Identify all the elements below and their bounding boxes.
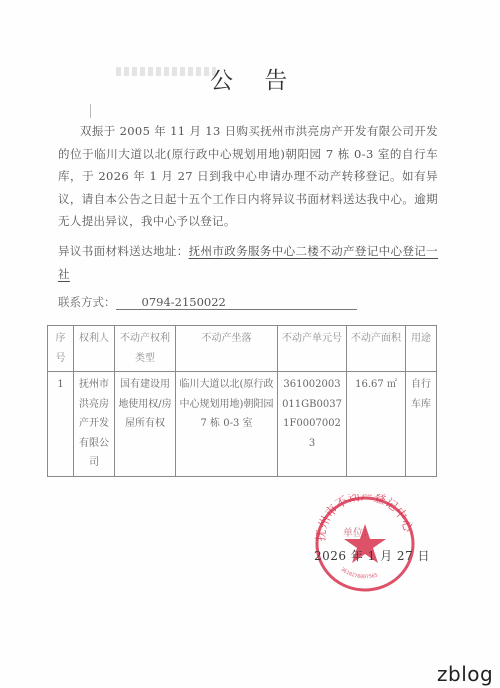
- header-right-type: 不动产权利类型: [115, 326, 176, 372]
- cell-usage: 自行车库: [406, 372, 437, 477]
- official-seal-icon: 抚州市不动产登记中心 3610270007565 单位：: [313, 494, 417, 594]
- notice-page: 公 告 双振于 2005 年 11 月 13 日购买抚州市洪亮房产开发有限公司开…: [0, 0, 500, 688]
- header-index: 序号: [48, 326, 74, 372]
- header-usage: 用途: [406, 326, 437, 372]
- cell-location: 临川大道以北(原行政中心规划用地)朝阳园 7 栋 0-3 室: [176, 372, 278, 477]
- svg-text:单位：: 单位：: [343, 526, 373, 539]
- cell-area: 16.67 ㎡: [347, 372, 406, 477]
- table-row: 1 抚州市洪亮房产开发有限公司 国有建设用地使用权/房屋所有权 临川大道以北(原…: [48, 372, 437, 477]
- header-location: 不动产坐落: [176, 326, 278, 372]
- header-unit-number: 不动产单元号: [278, 326, 347, 372]
- svg-text:3610270007565: 3610270007565: [339, 567, 378, 581]
- page-title: 公 告: [210, 62, 299, 95]
- header-owner: 权利人: [74, 326, 115, 372]
- cell-unit-number: 361002003011GB00371F00070023: [278, 372, 347, 477]
- address-line: 异议书面材料送达地址：抚州市政务服务中心二楼不动产登记中心登记一社: [58, 240, 438, 285]
- faded-header-mark: [116, 67, 216, 76]
- scan-artifact: [90, 104, 91, 118]
- contact-line: 联系方式：0794-2150022: [58, 294, 357, 310]
- contact-value: 0794-2150022: [116, 295, 357, 310]
- notice-body: 双振于 2005 年 11 月 13 日购买抚州市洪亮房产开发有限公司开发的位于…: [58, 120, 438, 233]
- contact-label: 联系方式：: [58, 295, 116, 309]
- registration-table: 序号 权利人 不动产权利类型 不动产坐落 不动产单元号 不动产面积 用途 1 抚…: [47, 325, 437, 477]
- notice-date: 2026 年 1 月 27 日: [314, 547, 430, 564]
- watermark: zblog: [437, 662, 493, 686]
- cell-index: 1: [48, 372, 74, 477]
- address-label: 异议书面材料送达地址：: [58, 244, 189, 258]
- table-header-row: 序号 权利人 不动产权利类型 不动产坐落 不动产单元号 不动产面积 用途: [48, 326, 437, 372]
- cell-owner: 抚州市洪亮房产开发有限公司: [74, 372, 115, 477]
- header-area: 不动产面积: [347, 326, 406, 372]
- cell-right-type: 国有建设用地使用权/房屋所有权: [115, 372, 176, 477]
